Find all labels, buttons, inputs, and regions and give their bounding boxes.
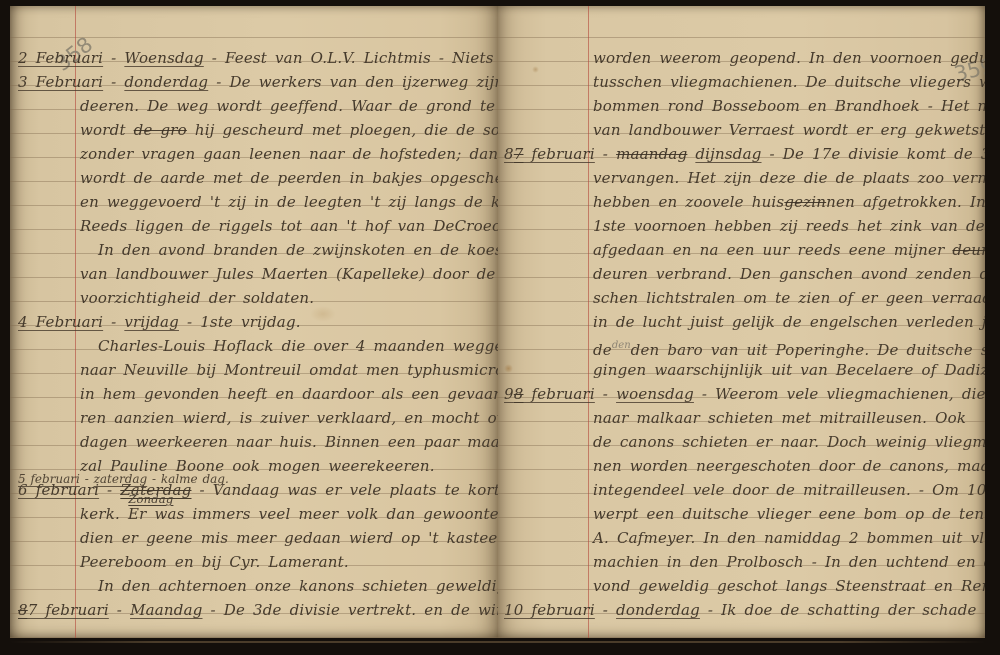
handwriting-text: hij gescheurd met ploegen, die de soldat… [187,121,498,139]
journal-line: machien in den Prolbosch - In den uchten… [593,550,985,574]
journal-line: In den achternoen onze kanons schieten g… [98,574,498,598]
handwriting-text: zonder vragen gaan leenen naar de hofste… [80,145,498,163]
handwriting-text: bommen rond Bosseboom en Brandhoek - Het… [593,97,985,115]
journal-line: A. Cafmeyer. In den namiddag 2 bommen ui… [593,526,985,550]
entry-day-name: woensdag [616,385,694,403]
entry-date: 10 februari [504,601,595,619]
entry-date: 3 Februari [18,73,103,91]
handwriting-text: wordt [80,121,134,139]
journal-line: 87 februari - maandag dijnsdag - De 17e … [504,142,985,166]
handwriting-text: schen lichtstralen om te zien of er geen… [593,289,985,307]
journal-line: integendeel vele door de mitrailleusen. … [593,478,985,502]
entry-day-name: donderdag [616,601,700,619]
handwriting-text: - De 3de divisie vertrekt. en de winkels [203,601,498,619]
handwriting-text: - De 17e divisie komt de 3de [762,145,985,163]
handwriting-text: In den achternoen onze kanons schieten g… [98,577,498,595]
entry-day-name: donderdag [124,73,208,91]
page-lines: worden weerom geopend. In den voornoen g… [498,6,985,638]
journal-line: zonder vragen gaan leenen naar de hofste… [80,142,498,166]
journal-line: in de lucht juist gelijk de engelschen v… [593,310,985,334]
journal-line: naar malkaar schieten met mitrailleusen.… [593,406,966,430]
entry-date: 8 [18,601,28,619]
entry-day-name: Maandag [130,601,202,619]
journal-line: deuren verbrand. Den ganschen avond zend… [593,262,985,286]
diary-page-right: 359 worden weerom geopend. In den voorno… [498,6,985,638]
handwriting-text: - [103,49,124,67]
handwriting-text: van landbouwer Verraest wordt er erg gek… [593,121,985,139]
handwriting-text: - Ik doe de schatting der schade veroorz… [700,601,985,619]
handwriting-text: - De werkers van den ijzerweg zijn cana- [208,73,498,91]
handwriting-text: Peereboom en bij Cyr. Lamerant. [80,553,349,571]
handwriting-text: vond geweldig geschot langs Steenstraat … [593,577,985,595]
handwriting-text: In den avond branden de zwijnskoten en d… [98,241,498,259]
handwriting-text: integendeel vele door de mitrailleusen. … [593,481,985,499]
handwriting-text: - Vandaag was er vele plaats te kort in … [192,481,499,499]
journal-line: In den avond branden de zwijnskoten en d… [98,238,498,262]
handwriting-text: maandag [616,145,687,163]
entry-date: 9 [504,385,514,403]
journal-line: bommen rond Bosseboom en Brandhoek - Het… [593,94,985,118]
journal-line: van landbouwer Jules Maerten (Kapelleke)… [80,262,498,286]
journal-line: Charles-Louis Hoflack die over 4 maanden… [98,334,498,358]
handwriting-text: voorzichtigheid der soldaten. [80,289,314,307]
entry-day-name: ZaterdagZondag [120,481,191,499]
handwriting-text: - [595,601,616,619]
journal-line: 2 Februari - Woensdag - Feest van O.L.V.… [18,46,498,70]
handwriting-text: Reeds liggen de riggels tot aan 't hof v… [80,217,498,235]
handwriting-text: de gro [134,121,187,139]
handwriting-text: kerk. Er was immers veel meer volk dan g… [80,505,498,523]
journal-line: vervangen. Het zijn deze die de plaats z… [593,166,985,190]
entry-date: 7 [514,145,524,163]
entry-date: 4 Februari [18,313,103,331]
handwriting-text: A. Cafmeyer. In den namiddag 2 bommen ui… [593,529,985,547]
handwriting-text: Charles-Louis Hoflack die over 4 maanden… [98,337,498,355]
handwriting-text: gingen waarschijnlijk uit van Becelaere … [593,361,985,379]
journal-line: ren aanzien wierd, is zuiver verklaard, … [80,406,498,430]
handwriting-text: - [595,385,616,403]
journal-line: schen lichtstralen om te zien of er geen… [593,286,985,310]
handwriting-text: - Weerom vele vliegmachienen, die veel [694,385,985,403]
journal-line: vond geweldig geschot langs Steenstraat … [593,574,985,598]
handwriting-text: hebben en zoovele huis [593,193,784,211]
journal-line: afgedaan en na een uur reeds eene mijner… [593,238,985,262]
handwriting-text: machien in den Prolbosch - In den uchten… [593,553,985,571]
journal-line: hebben en zoovele huisgezinnen afgetrokk… [593,190,985,214]
entry-day-name: dijnsdag [695,145,761,163]
entry-date: februari [524,145,595,163]
handwriting-text: wordt de aarde met de peerden in bakjes … [80,169,498,187]
page-lines: 2 Februari - Woensdag - Feest van O.L.V.… [10,6,498,638]
handwriting-text: - 1ste vrijdag. [179,313,301,331]
handwriting-text: gezin [784,193,826,211]
handwriting-text: naar malkaar schieten met mitrailleusen.… [593,409,966,427]
handwriting-text: - [109,601,130,619]
handwriting-text: de canons schieten er naar. Doch weinig … [593,433,985,451]
handwriting-text: - [99,481,120,499]
journal-line: dedenden baro van uit Poperinghe. De dui… [593,334,985,358]
journal-line: tusschen vliegmachienen. De duitsche vli… [593,70,985,94]
diary-book-spread: 358 2 Februari - Woensdag - Feest van O.… [0,0,1000,655]
journal-line: worden weerom geopend. In den voornoen g… [593,46,985,70]
handwriting-text: tusschen vliegmachienen. De duitsche vli… [593,73,985,91]
journal-line: 6 februari - ZaterdagZondag - Vandaag wa… [18,478,498,502]
journal-line: wordt de gro hij gescheurd met ploegen, … [80,118,498,142]
handwriting-text: afgedaan en na een uur reeds eene mijner [593,241,952,259]
entry-date: februari [524,385,595,403]
journal-line: voorzichtigheid der soldaten. [80,286,314,310]
handwriting-text: van landbouwer Jules Maerten (Kapelleke)… [80,265,498,283]
handwriting-text: - [103,73,124,91]
journal-line: werpt een duitsche vlieger eene bom op d… [593,502,985,526]
handwriting-text: de [593,341,612,359]
handwriting-text: vervangen. Het zijn deze die de plaats z… [593,169,985,187]
handwriting-text: deeren. De weg wordt geeffend. Waar de g… [80,97,498,115]
handwriting-text: in de lucht juist gelijk de engelschen v… [593,313,985,331]
journal-line: 10 februari - donderdag - Ik doe de scha… [504,598,985,622]
handwriting-text: naar Neuville bij Montreuil omdat men ty… [80,361,498,379]
journal-line: de canons schieten er naar. Doch weinig … [593,430,985,454]
handwriting-text: in hem gevonden heeft en daardoor als ee… [80,385,498,403]
handwriting-text: - Feest van O.L.V. Lichtmis - Niets bijz… [204,49,498,67]
handwriting-text: dien er geene mis meer gedaan wierd op '… [80,529,498,547]
handwriting-text: werpt een duitsche vlieger eene bom op d… [593,505,985,523]
journal-line: 4 Februari - vrijdag - 1ste vrijdag. [18,310,301,334]
handwriting-text: deuren [952,241,985,259]
entry-date: 6 februari [18,481,99,499]
journal-line: 98 februari - woensdag - Weerom vele vli… [504,382,985,406]
handwriting-text: nen afgetrokken. In den [826,193,985,211]
journal-line: 1ste voornoen hebben zij reeds het zink … [593,214,985,238]
pencil-annotation: den [612,340,631,351]
diary-page-left: 358 2 Februari - Woensdag - Feest van O.… [10,6,498,638]
entry-date: 7 februari [28,601,109,619]
journal-line: 3 Februari - donderdag - De werkers van … [18,70,498,94]
journal-line: 87 februari - Maandag - De 3de divisie v… [18,598,498,622]
journal-line: en weggevoerd 't zij in de leegten 't zi… [80,190,498,214]
page-stack-edge [10,641,985,643]
handwriting-text: en weggevoerd 't zij in de leegten 't zi… [80,193,498,211]
journal-line: van landbouwer Verraest wordt er erg gek… [593,118,985,142]
entry-day-name: vrijdag [124,313,179,331]
entry-date: 8 [514,385,524,403]
journal-line: in hem gevonden heeft en daardoor als ee… [80,382,498,406]
journal-line: dagen weerkeeren naar huis. Binnen een p… [80,430,498,454]
handwriting-text: - [595,145,616,163]
handwriting-text: nen worden neergeschoten door de canons,… [593,457,985,475]
journal-line: dien er geene mis meer gedaan wierd op '… [80,526,498,550]
journal-line: naar Neuville bij Montreuil omdat men ty… [80,358,498,382]
handwriting-text: dagen weerkeeren naar huis. Binnen een p… [80,433,498,451]
handwriting-text: 1ste voornoen hebben zij reeds het zink … [593,217,985,235]
entry-day-name: Woensdag [124,49,203,67]
journal-line: nen worden neergeschoten door de canons,… [593,454,985,478]
handwriting-text: worden weerom geopend. In den voornoen g… [593,49,985,67]
entry-date: 2 Februari [18,49,103,67]
handwriting-text: deuren verbrand. Den ganschen avond zend… [593,265,985,283]
handwriting-text: ren aanzien wierd, is zuiver verklaard, … [80,409,498,427]
journal-line: deeren. De weg wordt geeffend. Waar de g… [80,94,498,118]
handwriting-text: - [103,313,124,331]
journal-line: wordt de aarde met de peerden in bakjes … [80,166,498,190]
handwriting-text: den baro van uit Poperinghe. De duitsche… [631,341,985,359]
entry-date: 8 [504,145,514,163]
journal-line: kerk. Er was immers veel meer volk dan g… [80,502,498,526]
journal-line: Peereboom en bij Cyr. Lamerant. [80,550,349,574]
journal-line: Reeds liggen de riggels tot aan 't hof v… [80,214,498,238]
journal-line: gingen waarschijnlijk uit van Becelaere … [593,358,985,382]
